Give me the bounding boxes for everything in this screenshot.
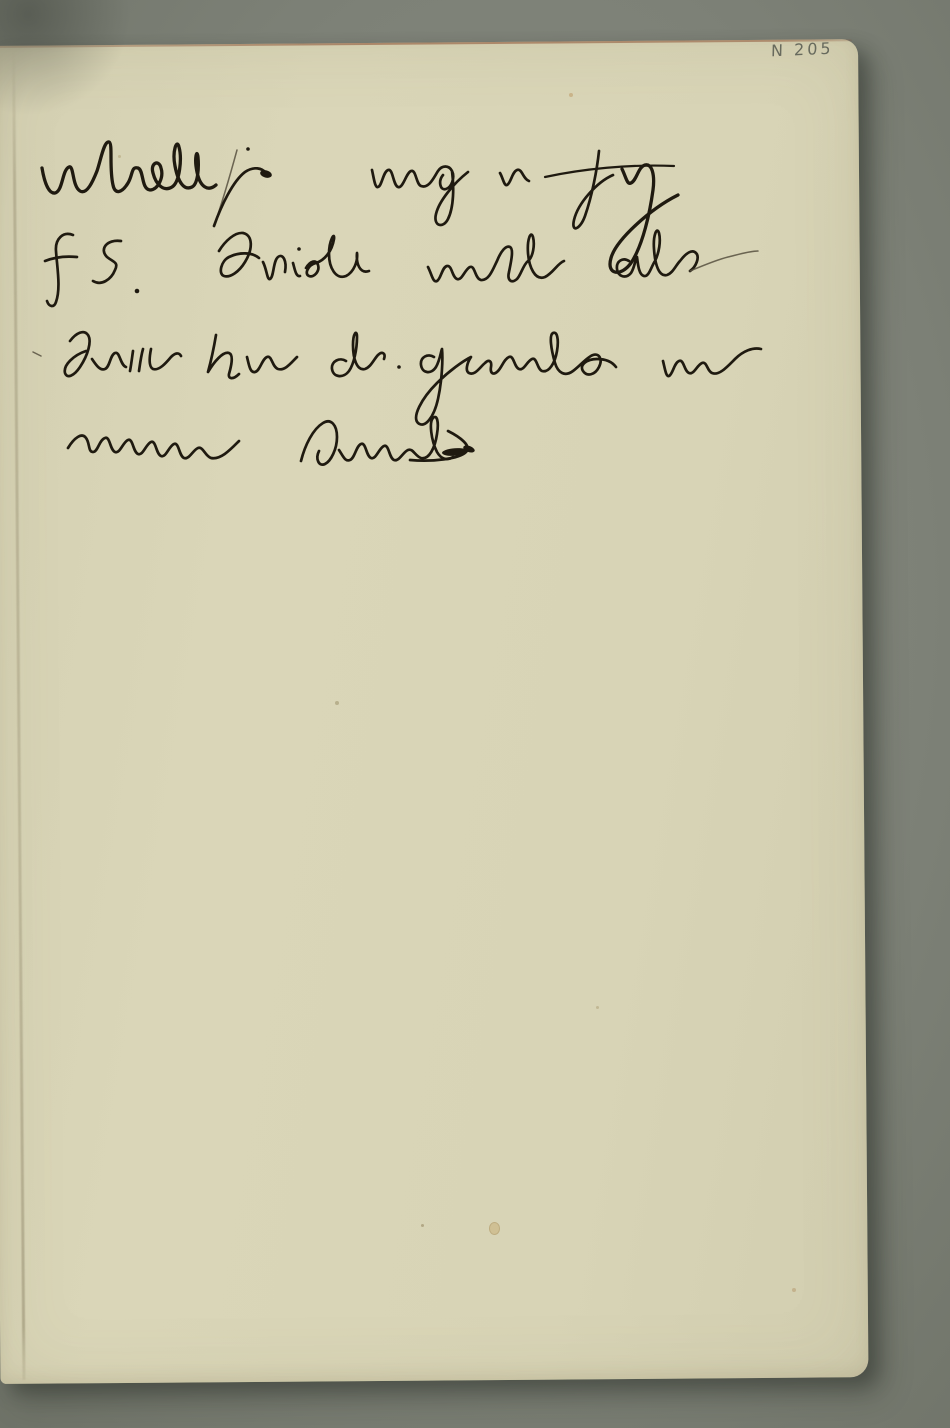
handwriting (0, 0, 950, 1428)
handwriting-line-2 (45, 231, 758, 306)
archival-number-pencil: N 205 (771, 39, 834, 61)
handwriting-line-1 (42, 142, 678, 272)
scan-background: N 205 (0, 0, 950, 1428)
handwriting-line-3 (33, 332, 761, 424)
handwriting-line-4 (68, 417, 476, 465)
